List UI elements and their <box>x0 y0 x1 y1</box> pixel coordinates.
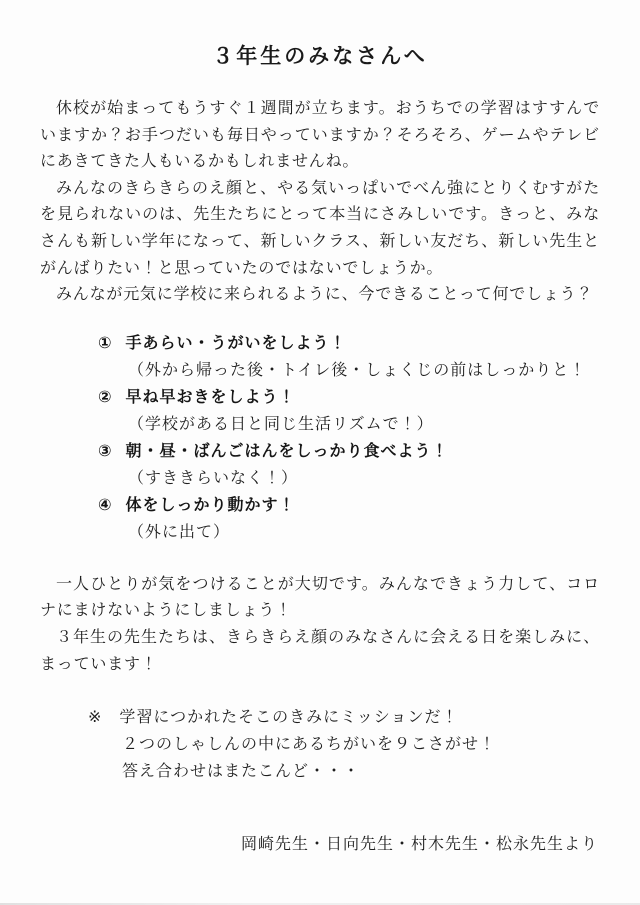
intro-paragraph: みんなが元気に学校に来られるように、今できることって何でしょう？ <box>40 282 600 309</box>
page-title: ３年生のみなさんへ <box>40 40 600 70</box>
advice-list: ①手あらい・うがいをしよう！ （外から帰った後・トイレ後・しょくじの前はしっかり… <box>40 330 600 546</box>
list-heading: 早ね早おきをしよう！ <box>126 389 296 406</box>
list-heading: 手あらい・うがいをしよう！ <box>126 335 347 352</box>
mission-line: 学習につかれたそこのきみにミッションだ！ <box>119 709 458 726</box>
signature: 岡崎先生・日向先生・村木先生・松永先生より <box>40 831 600 854</box>
list-note: （外から帰った後・トイレ後・しょくじの前はしっかりと！ <box>98 357 600 384</box>
circled-number: ② <box>98 389 113 406</box>
mission-note: ※学習につかれたそこのきみにミッションだ！ ２つのしゃしんの中にあるちがいを９こ… <box>40 704 600 785</box>
mission-line: ２つのしゃしんの中にあるちがいを９こさがせ！ <box>88 731 600 758</box>
circled-number: ③ <box>98 443 113 460</box>
closing-section: 一人ひとりが気をつけることが大切です。みんなできょう力して、コロナにまけないよう… <box>40 572 600 678</box>
letter-content: ３年生のみなさんへ 休校が始まってもうすぐ１週間が立ちます。おうちでの学習はすす… <box>0 0 640 854</box>
mission-line: 答え合わせはまたこんど・・・ <box>88 758 600 785</box>
circled-number: ① <box>98 335 113 352</box>
list-item-heading-row: ①手あらい・うがいをしよう！ <box>98 330 600 357</box>
list-heading: 朝・昼・ばんごはんをしっかり食べよう！ <box>126 443 449 460</box>
list-item-heading-row: ②早ね早おきをしよう！ <box>98 384 600 411</box>
list-item-heading-row: ④体をしっかり動かす！ <box>98 492 600 519</box>
list-note: （すききらいなく！） <box>98 465 600 492</box>
list-note: （学校がある日と同じ生活リズムで！） <box>98 411 600 438</box>
intro-paragraph: みんなのきらきらのえ顔と、やる気いっぱいでべん強にとりくむすがたを見られないのは… <box>40 176 600 282</box>
list-heading: 体をしっかり動かす！ <box>126 497 296 514</box>
list-note: （外に出て） <box>98 519 600 546</box>
intro-section: 休校が始まってもうすぐ１週間が立ちます。おうちでの学習はすすんでいますか？お手つ… <box>40 96 600 309</box>
list-item: ①手あらい・うがいをしよう！ （外から帰った後・トイレ後・しょくじの前はしっかり… <box>98 330 600 384</box>
circled-number: ④ <box>98 497 113 514</box>
scanned-letter-page: ３年生のみなさんへ 休校が始まってもうすぐ１週間が立ちます。おうちでの学習はすす… <box>0 0 640 905</box>
list-item: ②早ね早おきをしよう！ （学校がある日と同じ生活リズムで！） <box>98 384 600 438</box>
list-item: ③朝・昼・ばんごはんをしっかり食べよう！ （すききらいなく！） <box>98 438 600 492</box>
list-item: ④体をしっかり動かす！ （外に出て） <box>98 492 600 546</box>
closing-paragraph: ３年生の先生たちは、きらきらえ顔のみなさんに会える日を楽しみに、まっています！ <box>40 625 600 678</box>
list-item-heading-row: ③朝・昼・ばんごはんをしっかり食べよう！ <box>98 438 600 465</box>
mission-first-row: ※学習につかれたそこのきみにミッションだ！ <box>88 704 600 731</box>
intro-paragraph: 休校が始まってもうすぐ１週間が立ちます。おうちでの学習はすすんでいますか？お手つ… <box>40 96 600 176</box>
reference-mark: ※ <box>88 709 102 726</box>
closing-paragraph: 一人ひとりが気をつけることが大切です。みんなできょう力して、コロナにまけないよう… <box>40 572 600 625</box>
